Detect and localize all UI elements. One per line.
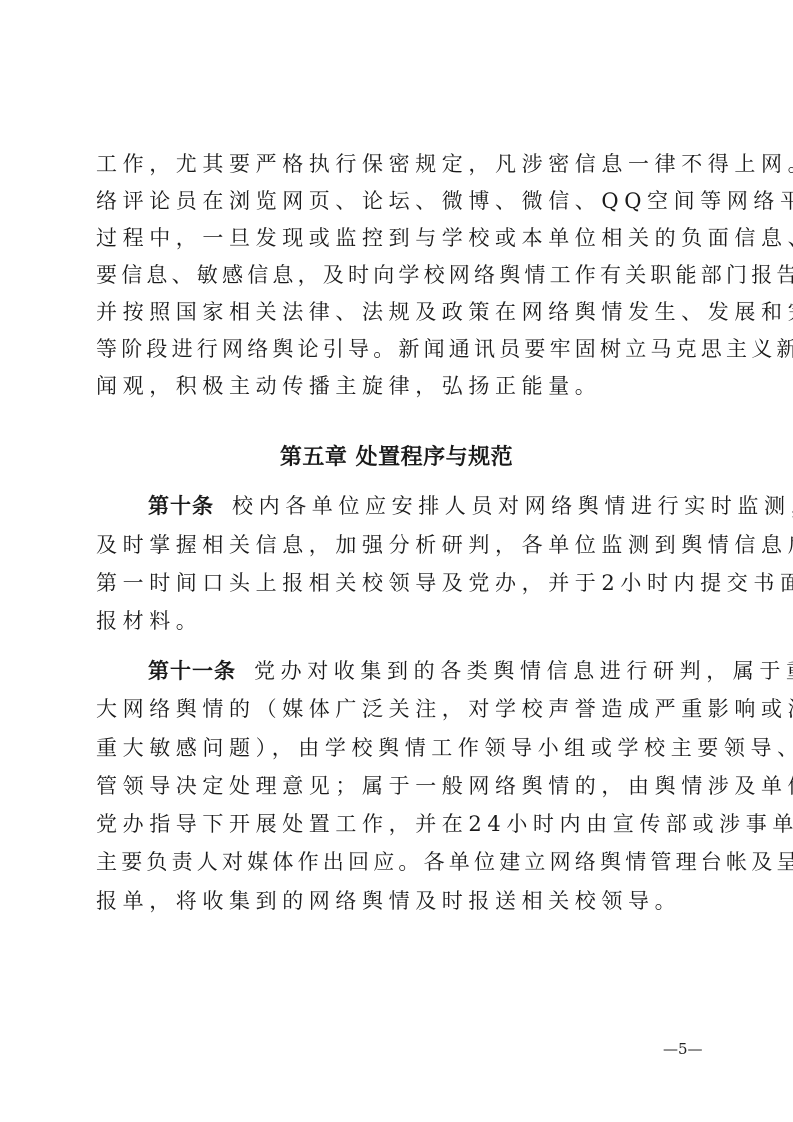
article-11-first-line: 第十一条党办对收集到的各类舆情信息进行研判，属于重 [148, 659, 696, 683]
body-text-line: 第一时间口头上报相关校领导及党办，并于2小时内提交书面汇 [96, 571, 696, 595]
article-label: 第十条 [148, 494, 214, 518]
article-text: 党办对收集到的各类舆情信息进行研判，属于重 [254, 659, 793, 683]
body-text-line: 大网络舆情的（媒体广泛关注，对学校声誉造成严重影响或涉及 [96, 697, 696, 721]
document-page: 工作，尤其要严格执行保密规定，凡涉密信息一律不得上网。网 络评论员在浏览网页、论… [0, 0, 793, 1122]
body-text-line: 闻观，积极主动传播主旋律，弘扬正能量。 [96, 374, 696, 398]
body-text-line: 主要负责人对媒体作出回应。各单位建立网络舆情管理台帐及呈 [96, 850, 696, 874]
article-10-first-line: 第十条校内各单位应安排人员对网络舆情进行实时监测， [148, 494, 696, 518]
body-text-line: 报材料。 [96, 609, 696, 633]
chapter-heading: 第五章 处置程序与规范 [0, 440, 793, 471]
body-text-line: 重大敏感问题），由学校舆情工作领导小组或学校主要领导、分 [96, 736, 696, 760]
body-text-line: 要信息、敏感信息，及时向学校网络舆情工作有关职能部门报告， [96, 263, 696, 287]
body-text-line: 管领导决定处理意见；属于一般网络舆情的，由舆情涉及单位在 [96, 774, 696, 798]
body-text-line: 等阶段进行网络舆论引导。新闻通讯员要牢固树立马克思主义新 [96, 337, 696, 361]
article-text: 校内各单位应安排人员对网络舆情进行实时监测， [232, 494, 793, 518]
body-text-line: 报单，将收集到的网络舆情及时报送相关校领导。 [96, 889, 696, 913]
body-text-line: 并按照国家相关法律、法规及政策在网络舆情发生、发展和完结 [96, 300, 696, 324]
body-text-line: 及时掌握相关信息，加强分析研判，各单位监测到舆情信息后应 [96, 533, 696, 557]
body-text-line: 过程中，一旦发现或监控到与学校或本单位相关的负面信息、重 [96, 226, 696, 250]
article-label: 第十一条 [148, 659, 236, 683]
body-text-line: 党办指导下开展处置工作，并在24小时内由宣传部或涉事单位 [96, 812, 696, 836]
body-text-line: 工作，尤其要严格执行保密规定，凡涉密信息一律不得上网。网 [96, 152, 696, 176]
body-text-line: 络评论员在浏览网页、论坛、微博、微信、QQ空间等网络平台 [96, 189, 696, 213]
page-number: —5— [663, 1040, 703, 1058]
